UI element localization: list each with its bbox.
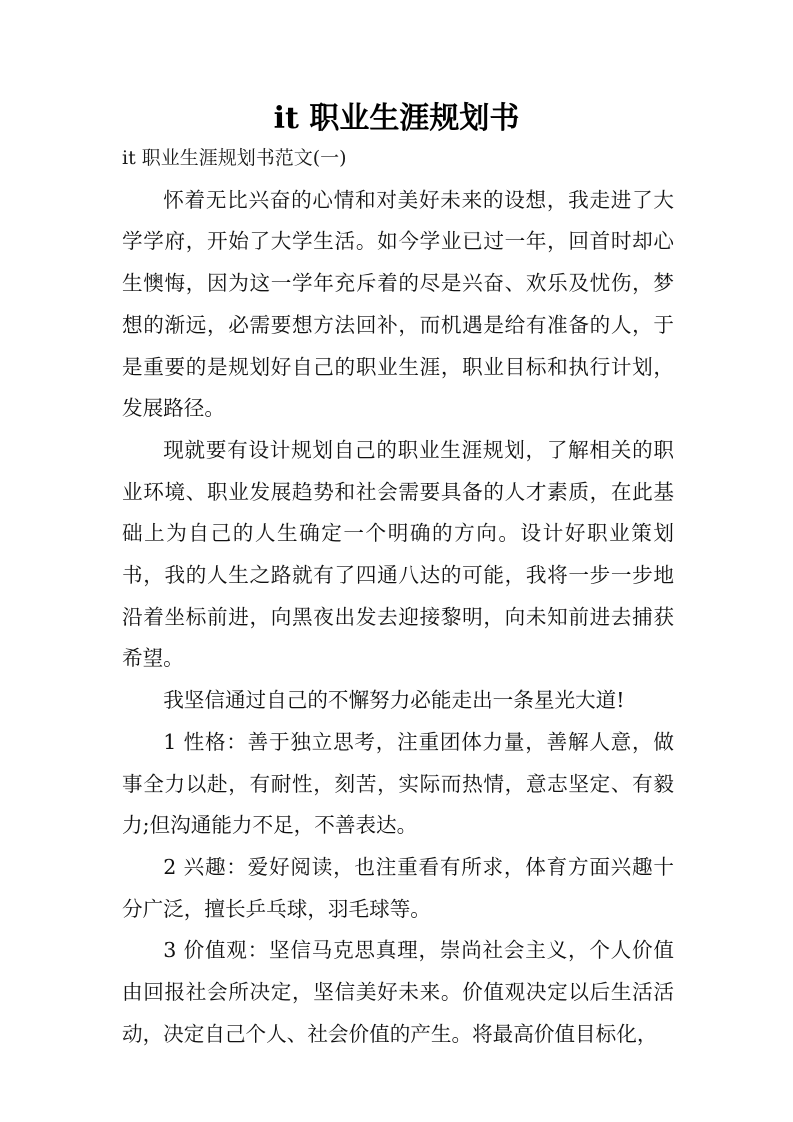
paragraph-personality: 1 性格：善于独立思考，注重团体力量，善解人意，做事全力以赴，有耐性，刻苦，实际… (122, 722, 674, 847)
document-page: it 职业生涯规划书 it 职业生涯规划书范文(一) 怀着无比兴奋的心情和对美好… (0, 0, 793, 1122)
paragraph-values: 3 价值观：坚信马克思真理，崇尚社会主义，个人价值由回报社会所决定，坚信美好未来… (122, 930, 674, 1055)
paragraph-interests: 2 兴趣：爱好阅读，也注重看有所求，体育方面兴趣十分广泛，擅长乒乓球，羽毛球等。 (122, 847, 674, 930)
paragraph-planning: 现就要有设计规划自己的职业生涯规划，了解相关的职业环境、职业发展趋势和社会需要具… (122, 430, 674, 680)
paragraph-intro: 怀着无比兴奋的心情和对美好未来的设想，我走进了大学学府，开始了大学生活。如今学业… (122, 180, 674, 430)
paragraph-belief: 我坚信通过自己的不懈努力必能走出一条星光大道! (122, 680, 674, 722)
document-subtitle: it 职业生涯规划书范文(一) (122, 138, 674, 180)
document-title: it 职业生涯规划书 (0, 99, 793, 139)
document-body: it 职业生涯规划书范文(一) 怀着无比兴奋的心情和对美好未来的设想，我走进了大… (122, 138, 674, 1055)
